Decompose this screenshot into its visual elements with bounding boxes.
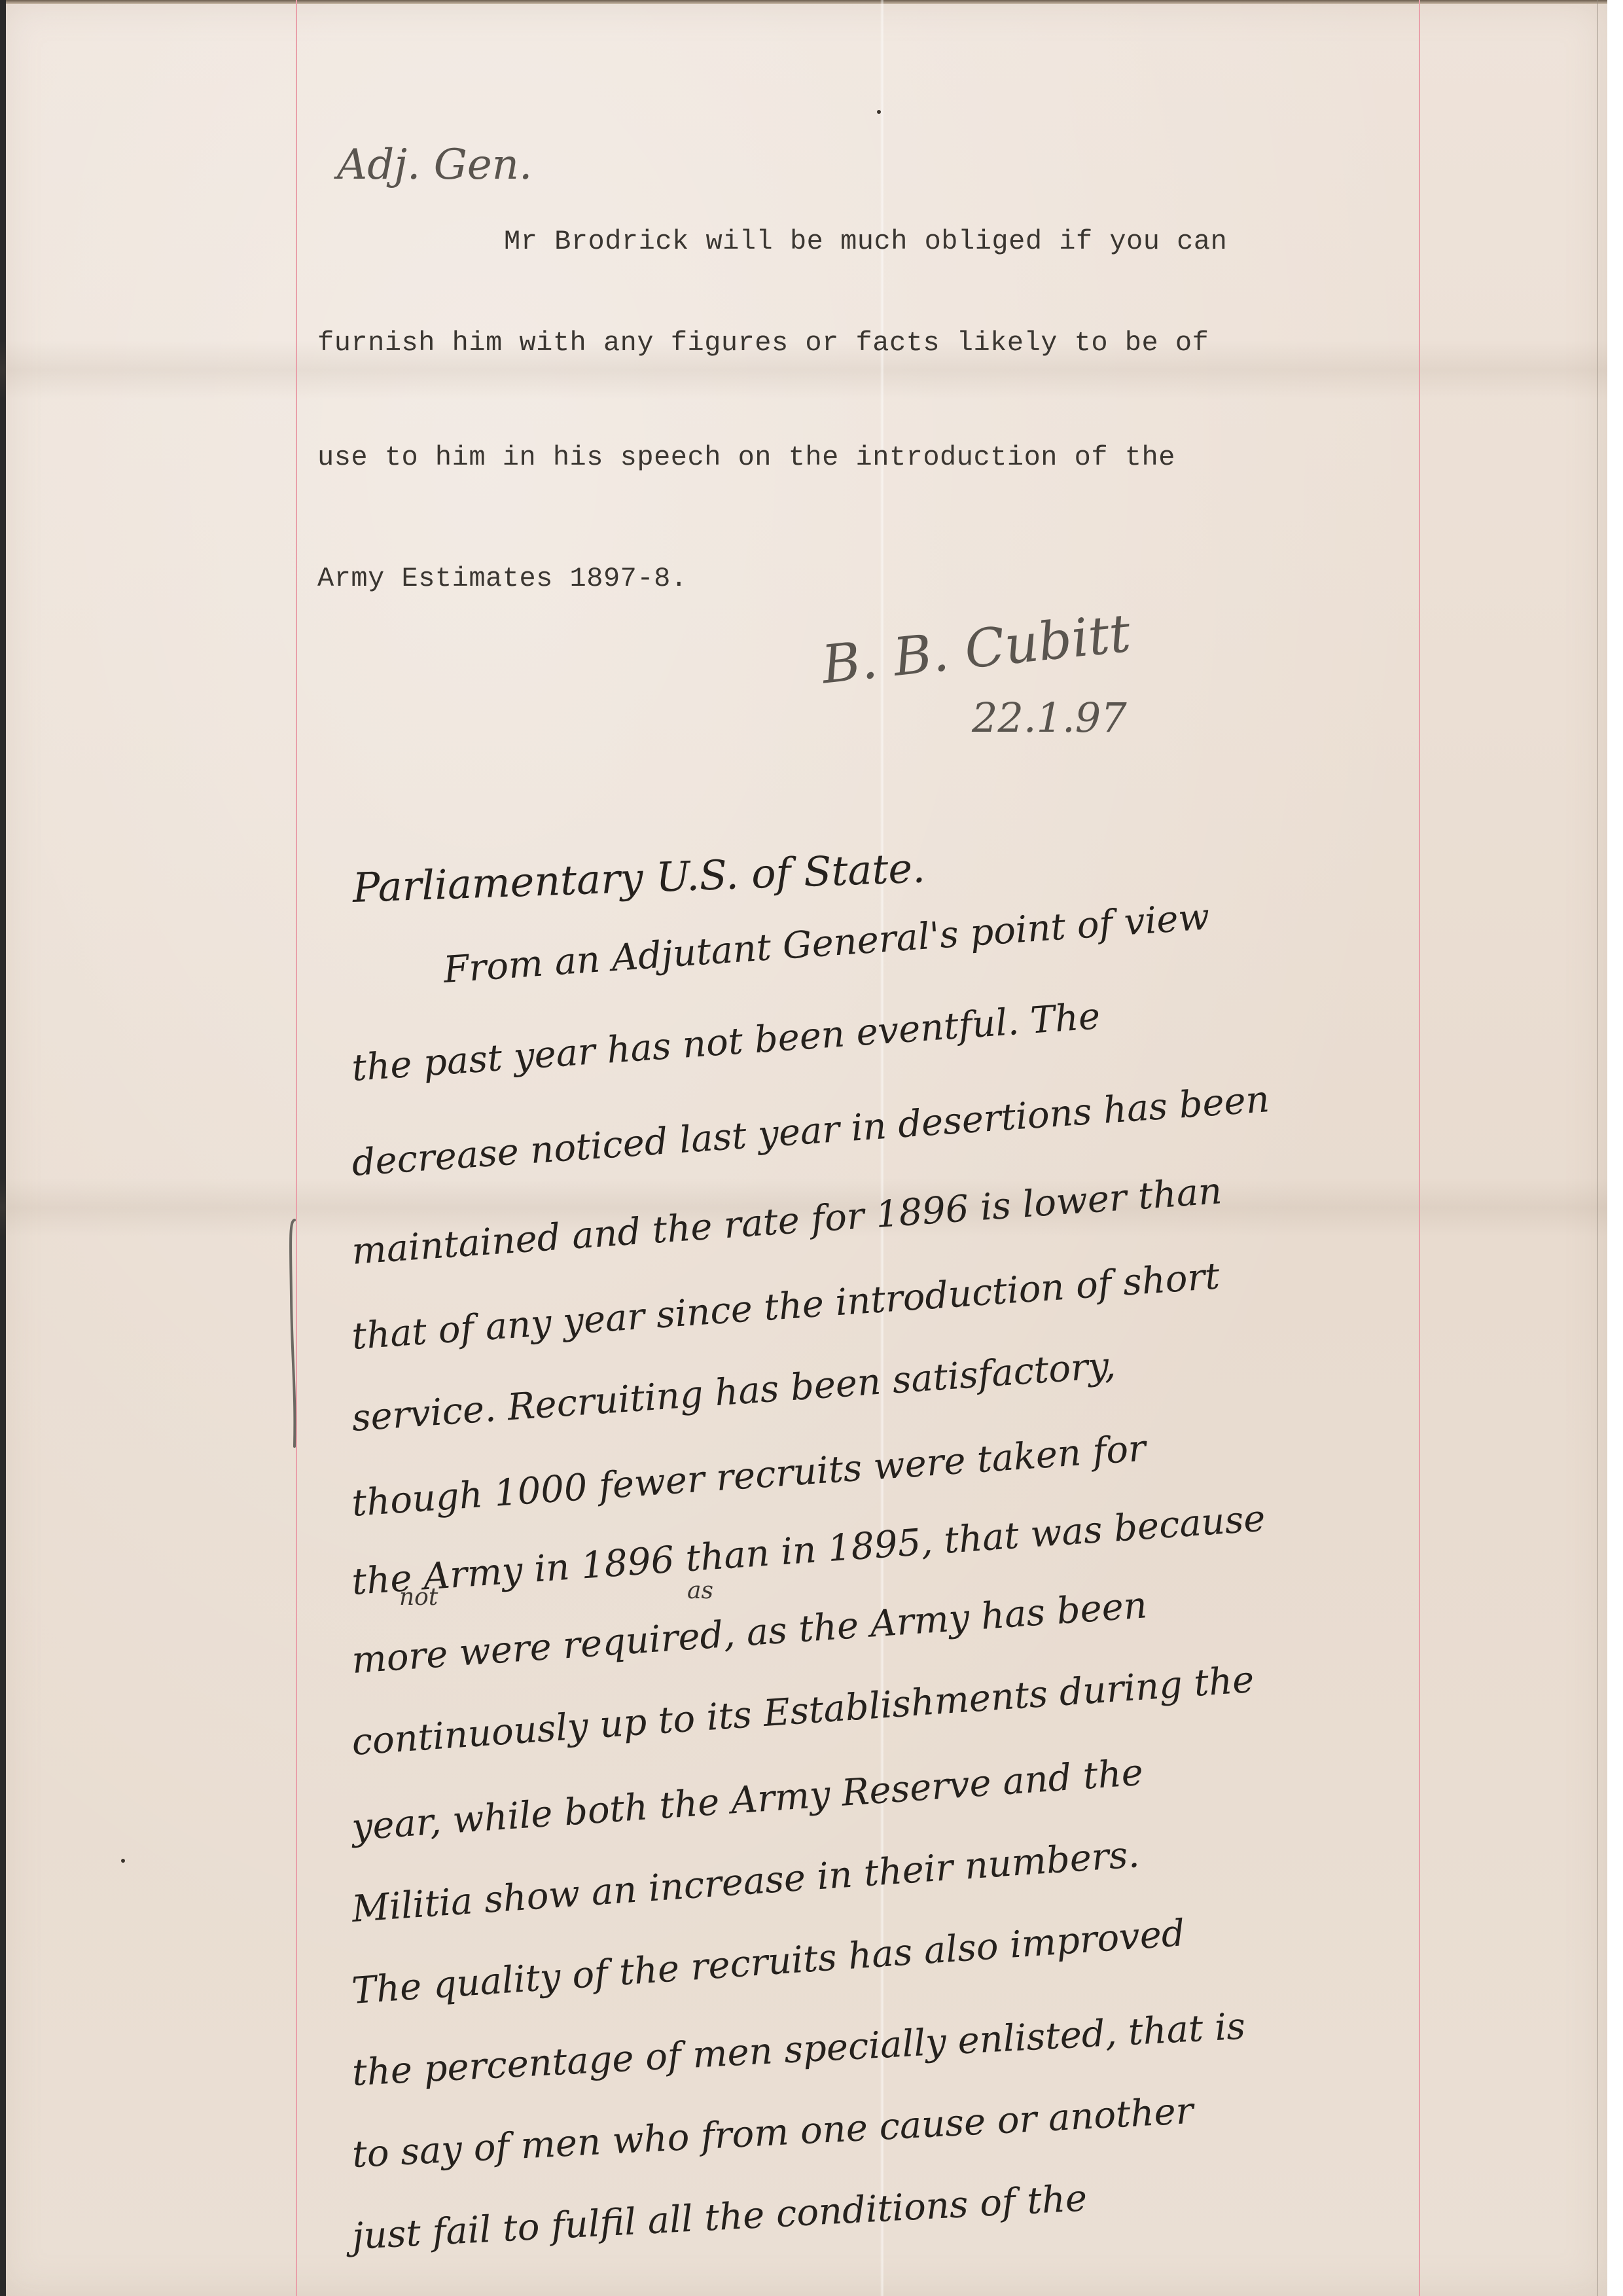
ink-speck xyxy=(877,110,881,114)
left-margin-rule xyxy=(296,0,297,2296)
signature-date: 22.1.97 xyxy=(972,694,1127,742)
addressee: Adj. Gen. xyxy=(337,141,532,189)
paper-top-edge xyxy=(0,0,1607,4)
paper-right-edge xyxy=(1597,0,1598,2296)
ink-speck xyxy=(121,1859,125,1863)
inserted-word: not xyxy=(399,1584,438,1611)
typed-line: use to him in his speech on the introduc… xyxy=(317,442,1175,473)
inserted-word: as xyxy=(687,1577,713,1604)
typed-line: Army Estimates 1897-8. xyxy=(317,563,688,594)
pencil-margin-mark xyxy=(288,1217,301,1453)
typed-line: Mr Brodrick will be much obliged if you … xyxy=(504,226,1227,257)
typed-line: furnish him with any figures or facts li… xyxy=(317,327,1209,359)
right-margin-rule xyxy=(1419,0,1420,2296)
